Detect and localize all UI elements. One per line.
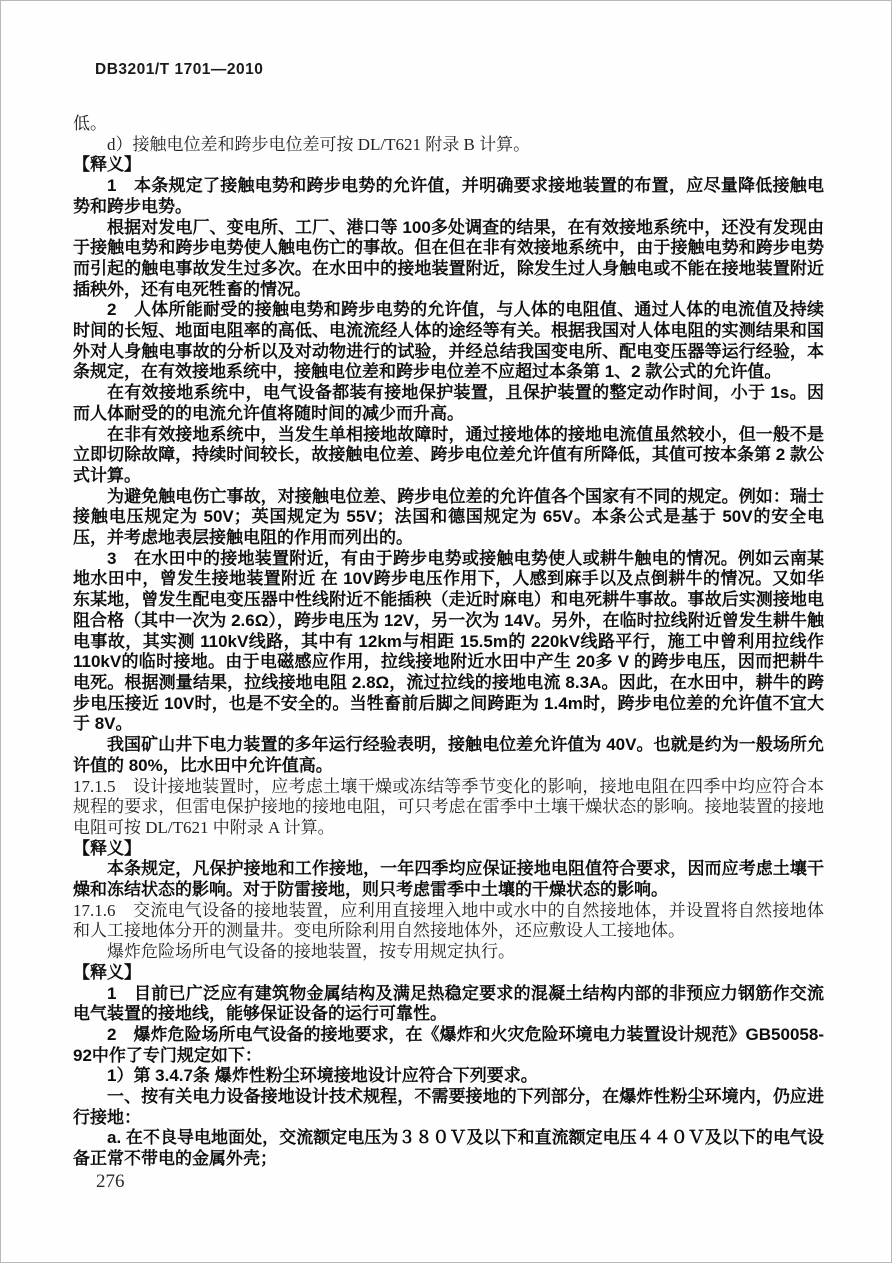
document-body: 低。d）接触电位差和跨步电位差可按 DL/T621 附录 B 计算。【释义】1 … [73, 114, 824, 1170]
paragraph-clause: 17.1.5 设计接地装置时，应考虑土壤干燥或冻结等季节变化的影响，接地电阻在四… [73, 777, 824, 839]
paragraph-annotation: 1 目前已广泛应有建筑物金属结构及满足热稳定要求的混凝土结构内部的非预应力钢筋作… [73, 984, 824, 1025]
paragraph-annotation: 一、按有关电力设备接地设计技术规程，不需要接地的下列部分，在爆炸性粉尘环境内，仍… [73, 1087, 824, 1128]
paragraph-annotation: 1 本条规定了接触电势和跨步电势的允许值，并明确要求接地装置的布置，应尽量降低接… [73, 176, 824, 217]
paragraph-annotation: 为避免触电伤亡事故，对接触电位差、跨步电位差的允许值各个国家有不同的规定。例如：… [73, 487, 824, 549]
paragraph-annotation-header: 【释义】 [73, 963, 824, 984]
paragraph-annotation: 本条规定，凡保护接地和工作接地，一年四季均应保证接地电阻值符合要求，因而应考虑土… [73, 859, 824, 900]
paragraph-annotation-header: 【释义】 [73, 155, 824, 176]
paragraph-annotation-header: 【释义】 [73, 839, 824, 860]
paragraph-annotation: a. 在不良导电地面处，交流额定电压为３８０Ｖ及以下和直流额定电压４４０Ｖ及以下… [73, 1128, 824, 1169]
paragraph-clause-item: d）接触电位差和跨步电位差可按 DL/T621 附录 B 计算。 [73, 135, 824, 156]
paragraph-clause-continuation: 爆炸危险场所电气设备的接地装置，按专用规定执行。 [73, 942, 824, 963]
paragraph-clause: 17.1.6 交流电气设备的接地装置，应利用直接埋入地中或水中的自然接地体，并设… [73, 901, 824, 942]
paragraph-annotation: 在有效接地系统中，电气设备都装有接地保护装置，且保护装置的整定动作时间，小于 1… [73, 383, 824, 424]
paragraph-annotation: 根据对发电厂、变电所、工厂、港口等 100多处调查的结果，在有效接地系统中，还没… [73, 218, 824, 301]
paragraph-annotation: 我国矿山井下电力装置的多年运行经验表明，接触电位差允许值为 40V。也就是约为一… [73, 735, 824, 776]
page-number: 276 [96, 1171, 125, 1193]
paragraph-clause-continuation: 低。 [73, 114, 824, 135]
document-page: DB3201/T 1701—2010 低。d）接触电位差和跨步电位差可按 DL/… [0, 0, 892, 1263]
paragraph-annotation: 2 爆炸危险场所电气设备的接地要求，在《爆炸和火灾危险环境电力装置设计规范》GB… [73, 1025, 824, 1066]
paragraph-annotation: 3 在水田中的接地装置附近，有由于跨步电势或接触电势使人或耕牛触电的情况。例如云… [73, 549, 824, 735]
paragraph-annotation: 2 人体所能耐受的接触电势和跨步电势的允许值，与人体的电阻值、通过人体的电流值及… [73, 300, 824, 383]
paragraph-annotation: 1）第 3.4.7条 爆炸性粉尘环境接地设计应符合下列要求。 [73, 1066, 824, 1087]
paragraph-annotation: 在非有效接地系统中，当发生单相接地故障时，通过接地体的接地电流值虽然较小，但一般… [73, 425, 824, 487]
document-code: DB3201/T 1701—2010 [95, 61, 263, 79]
